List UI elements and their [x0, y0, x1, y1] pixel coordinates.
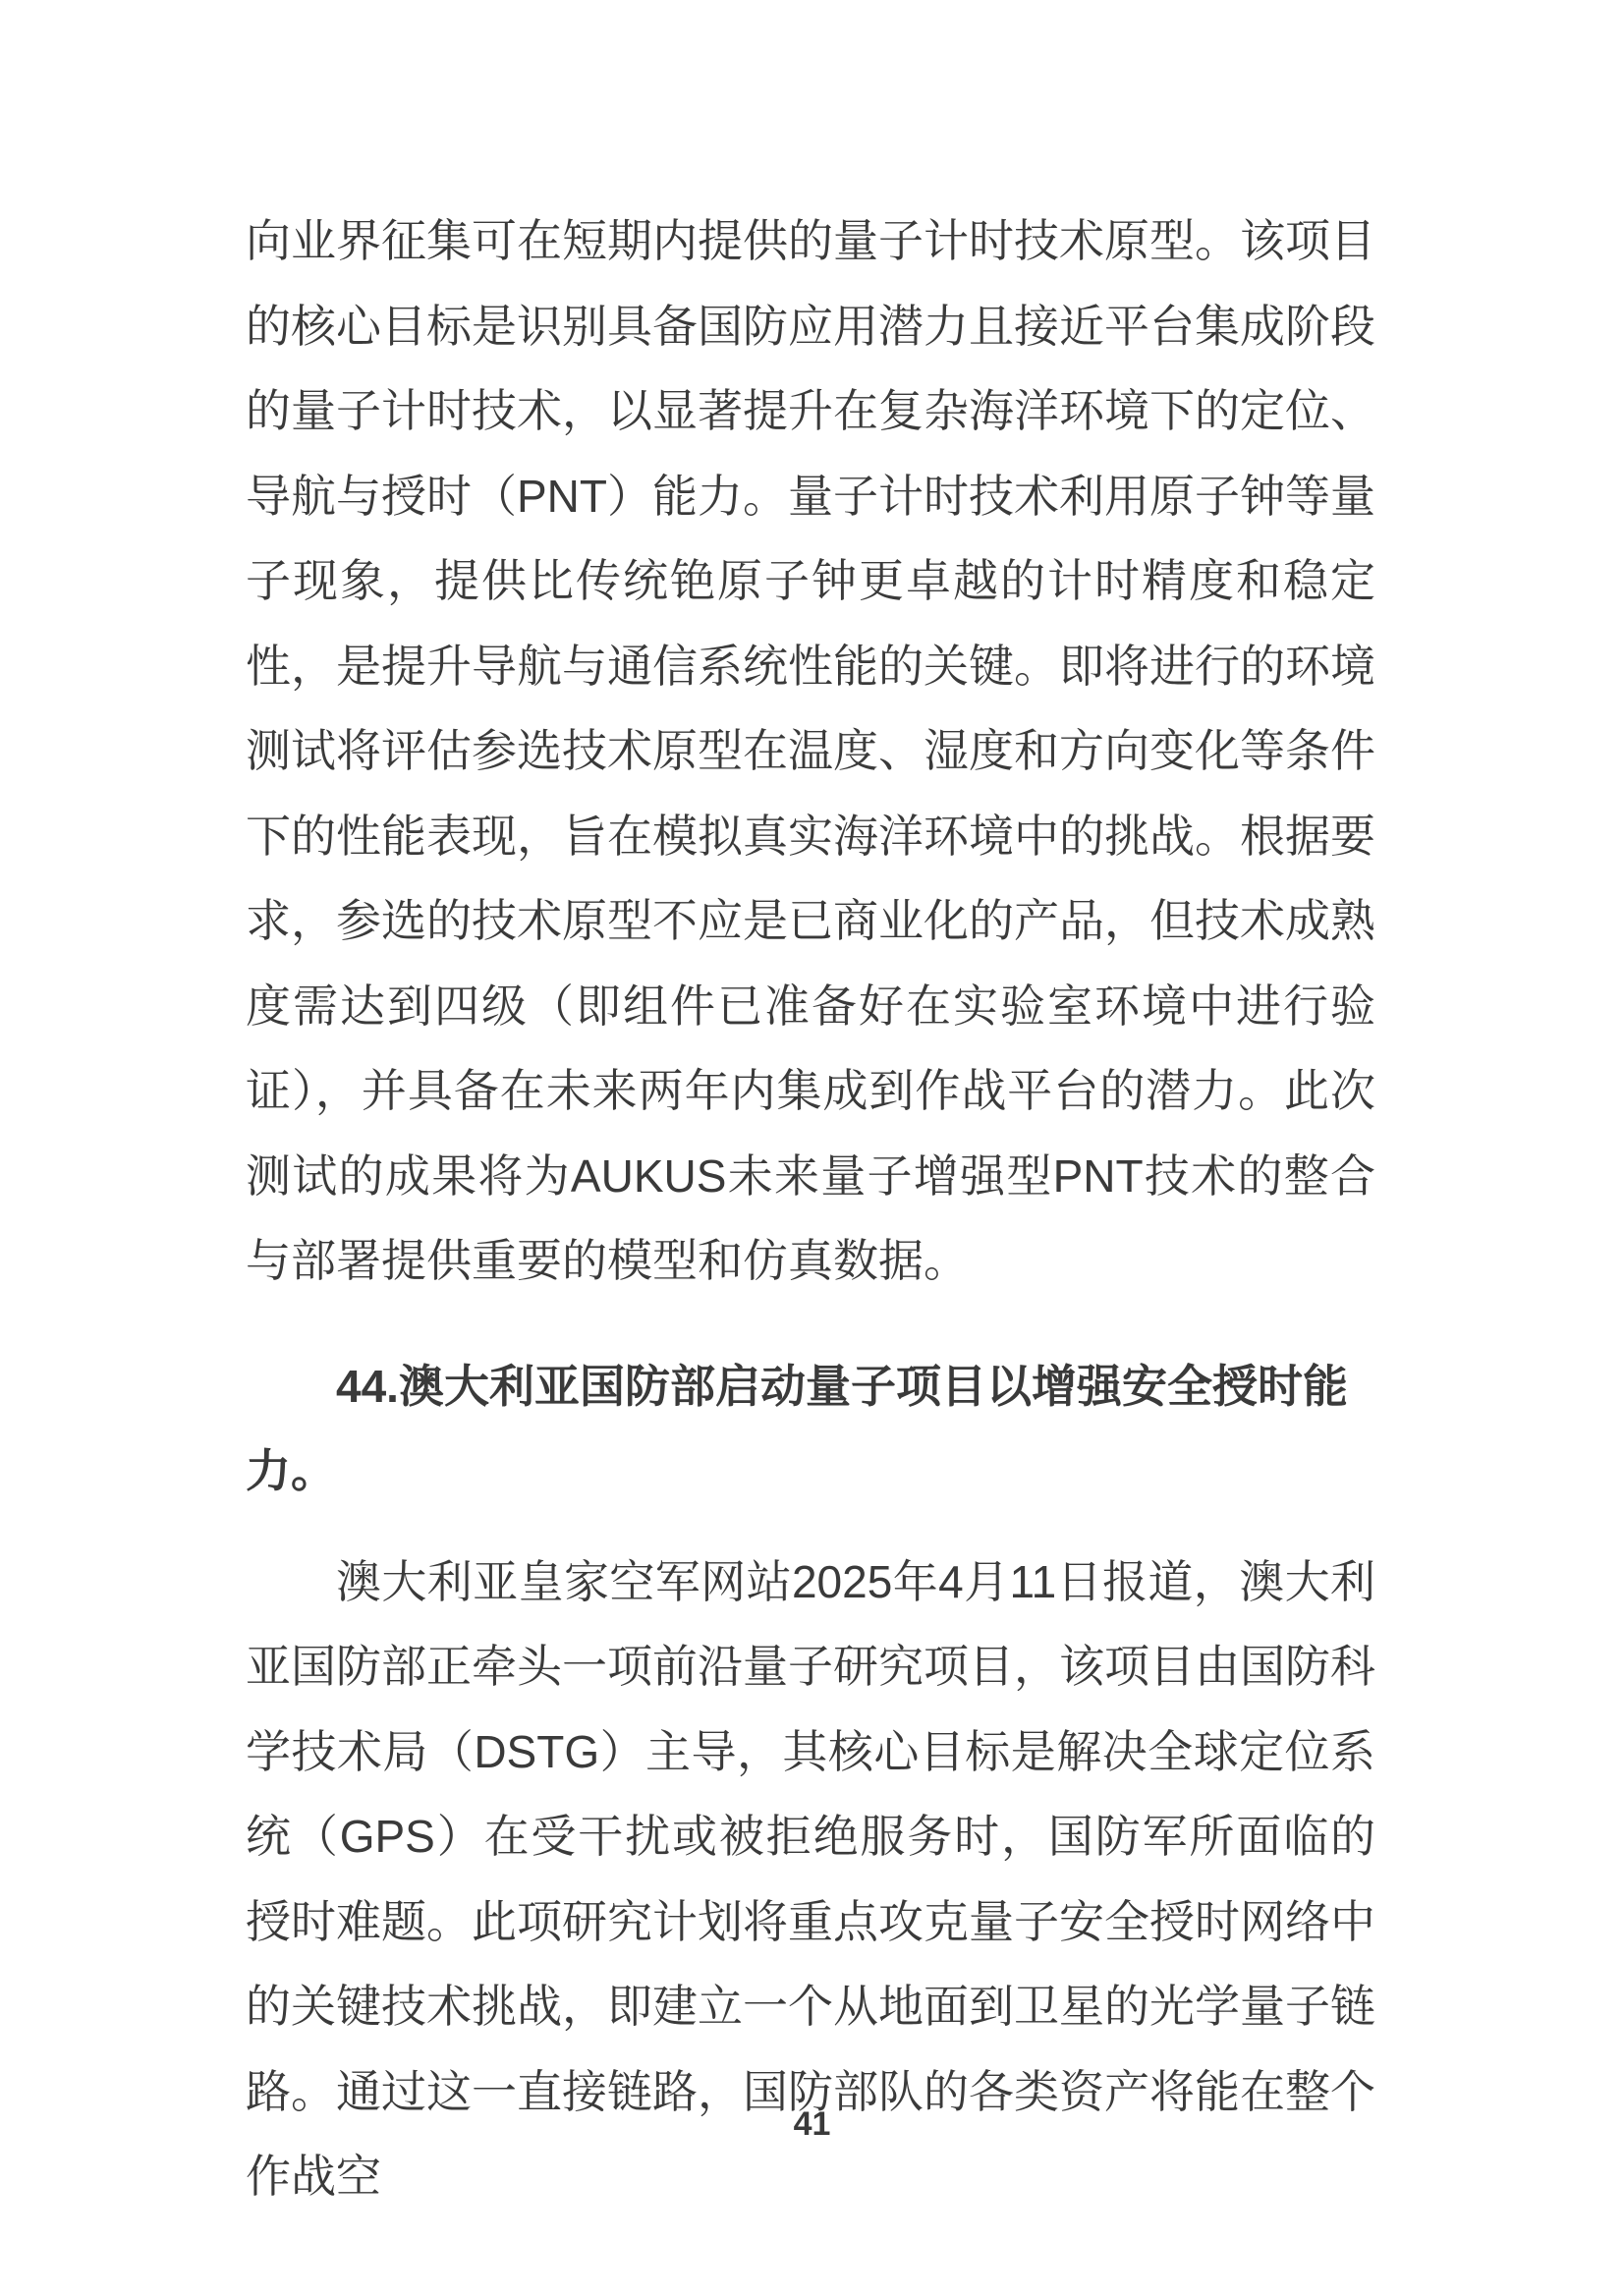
page-text-block: 向业界征集可在短期内提供的量子计时技术原型。该项目的核心目标是识别具备国防应用潜…	[246, 198, 1375, 2219]
document-page: 向业界征集可在短期内提供的量子计时技术原型。该项目的核心目标是识别具备国防应用潜…	[0, 0, 1624, 2296]
section-heading-item-44: 44.澳大利亚国防部启动量子项目以增强安全授时能力。	[246, 1344, 1375, 1514]
page-number: 41	[0, 2104, 1624, 2144]
paragraph-continuation: 向业界征集可在短期内提供的量子计时技术原型。该项目的核心目标是识别具备国防应用潜…	[246, 198, 1375, 1304]
